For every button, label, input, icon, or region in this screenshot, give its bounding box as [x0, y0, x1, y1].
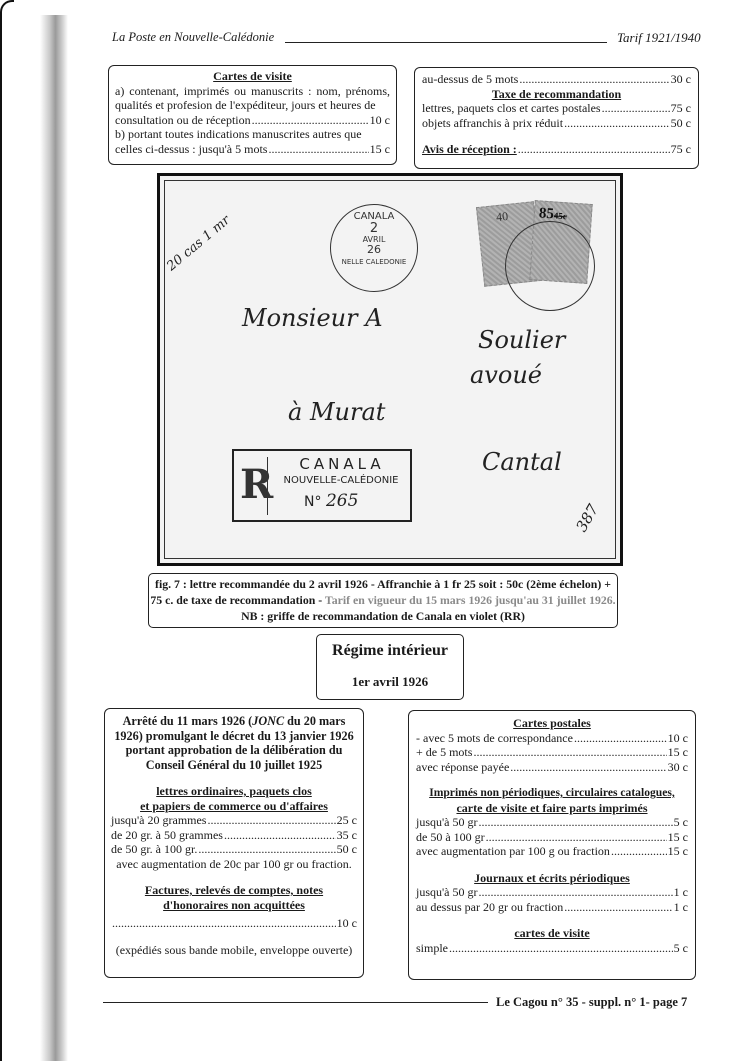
envelope-image: 20 cas 1 mr CANALA 2 AVRIL 26 NELLE CALE…: [157, 173, 623, 566]
section-title: lettres ordinaires, paquets clos: [111, 784, 357, 799]
section-date: 1er avril 1926: [317, 674, 463, 690]
tariff-row: simple5 c: [416, 941, 688, 956]
note: (expédiés sous bande mobile, enveloppe o…: [111, 943, 357, 958]
page-edge: [0, 0, 14, 1061]
tariff-row: - avec 5 mots de correspondance10 c: [416, 731, 688, 746]
address-line: Monsieur A: [242, 304, 383, 332]
section-title: Imprimés non périodiques, circulaires ca…: [416, 786, 688, 801]
tariff-row: au-dessus de 5 mots30 c: [422, 72, 691, 87]
tariff-row: consultation ou de réception10 c: [115, 113, 390, 128]
tariff-row: jusqu'à 20 grammes25 c: [111, 813, 357, 828]
address-line: avoué: [470, 361, 542, 389]
section-title: Factures, relevés de comptes, notes: [111, 883, 357, 898]
paragraph-b: b) portant toutes indications manuscrite…: [115, 127, 390, 142]
tariff-row: de 50 à 100 gr15 c: [416, 830, 688, 845]
stamp-cancel: [505, 221, 595, 311]
tariff-row: 10 c: [111, 916, 357, 931]
section-title: et papiers de commerce ou d'affaires: [111, 799, 357, 814]
tarifs-box: Cartes postales - avec 5 mots de corresp…: [408, 710, 696, 980]
paragraph-a: a) contenant, imprimés ou manuscrits : n…: [115, 84, 390, 113]
figure-caption: fig. 7 : lettre recommandée du 2 avril 1…: [148, 573, 618, 628]
section-title: Cartes postales: [416, 716, 688, 731]
tariff-row: avec réponse payée30 c: [416, 760, 688, 775]
tariff-row: Avis de réception :75 c: [422, 142, 691, 157]
lettres-box: Arrêté du 11 mars 1926 (JONC du 20 mars …: [104, 708, 364, 978]
section-title: d'honoraires non acquittées: [111, 898, 357, 913]
tariff-row: lettres, paquets clos et cartes postales…: [422, 101, 691, 116]
footer-rule: [103, 1002, 488, 1003]
address-line: Soulier: [478, 326, 565, 354]
tariff-row: + de 5 mots15 c: [416, 745, 688, 760]
header-rule: [285, 42, 607, 43]
address-line: Cantal: [482, 448, 562, 476]
tariff-row: objets affranchis à prix réduit50 c: [422, 116, 691, 131]
running-header-right: Tarif 1921/1940: [617, 30, 701, 46]
registration-label: R CANALA NOUVELLE-CALÉDONIE N° 265: [232, 449, 412, 522]
section-title: Taxe de recommandation: [422, 87, 691, 102]
section-heading: Régime intérieur: [317, 642, 463, 660]
cartes-visite-box: Cartes de visite a) contenant, imprimés …: [108, 65, 397, 165]
tariff-row: de 20 gr. à 50 grammes35 c: [111, 828, 357, 843]
note: avec augmentation de 20c par 100 gr ou f…: [111, 857, 357, 872]
page-footer: Le Cagou n° 35 - suppl. n° 1- page 7: [496, 995, 687, 1010]
section-title: Journaux et écrits périodiques: [416, 871, 688, 886]
section-title: Cartes de visite: [115, 69, 390, 84]
tariff-row: celles ci-dessus : jusqu'à 5 mots15 c: [115, 142, 390, 157]
tariff-row: jusqu'à 50 gr5 c: [416, 815, 688, 830]
decree-intro: Arrêté du 11 mars 1926 (JONC du 20 mars …: [111, 714, 357, 772]
section-title: carte de visite et faire parts imprimés: [416, 801, 688, 816]
running-header-left: La Poste en Nouvelle-Calédonie: [112, 30, 274, 45]
tariff-row: au dessus par 20 gr ou fraction1 c: [416, 900, 688, 915]
binding-shadow: [40, 15, 68, 1061]
tariff-row: de 50 gr. à 100 gr.50 c: [111, 842, 357, 857]
section-heading-box: Régime intérieur 1er avril 1926: [316, 634, 464, 700]
address-line: à Murat: [288, 398, 385, 426]
tariff-row: avec augmentation par 100 g ou fraction1…: [416, 844, 688, 859]
recommandation-box: au-dessus de 5 mots30 c Taxe de recomman…: [414, 67, 699, 169]
section-title: cartes de visite: [416, 926, 688, 941]
tariff-row: jusqu'à 50 gr1 c: [416, 885, 688, 900]
postmark-cancel: CANALA 2 AVRIL 26 NELLE CALEDONIE: [330, 204, 418, 292]
